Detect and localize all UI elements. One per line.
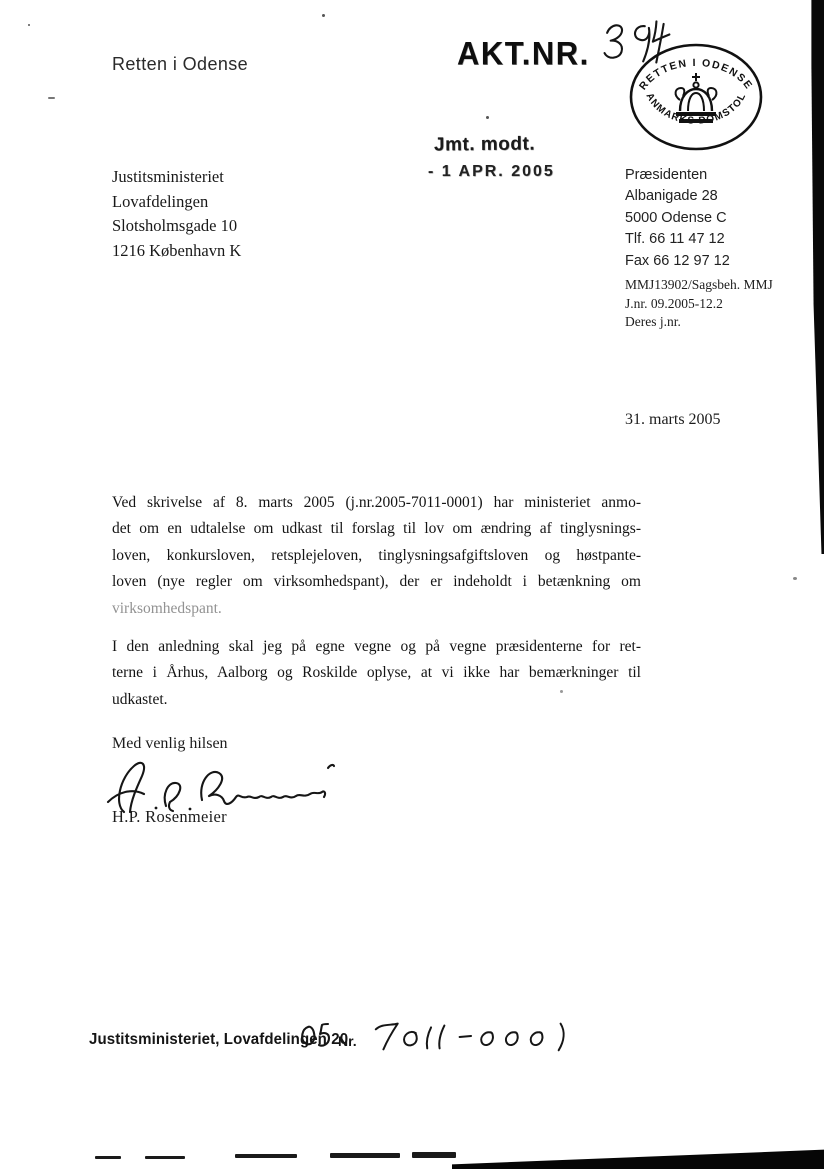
- scan-dash: [235, 1154, 297, 1158]
- footer-number-handwritten: [372, 1017, 572, 1060]
- scan-dash: [412, 1152, 456, 1158]
- body-line: Ved skrivelse af 8. marts 2005 (j.nr.200…: [112, 490, 641, 516]
- sender-contact-block: Præsidenten Albanigade 28 5000 Odense C …: [625, 165, 730, 272]
- recipient-line: Slotsholmsgade 10: [112, 214, 241, 239]
- body-line: terne i Århus, Aalborg og Roskilde oplys…: [112, 660, 641, 686]
- contact-line: Præsidenten: [625, 165, 730, 186]
- closing-salutation: Med venlig hilsen: [112, 735, 228, 753]
- crown-icon: [676, 73, 717, 123]
- scan-edge-artifact-bottom: [452, 1148, 824, 1169]
- sender-name: Retten i Odense: [112, 54, 248, 75]
- received-stamp-line1: Jmt. modt.: [434, 134, 535, 157]
- reference-block: MMJ13902/Sagsbeh. MMJ J.nr. 09.2005-12.2…: [625, 276, 773, 332]
- scan-speck: [48, 97, 55, 99]
- contact-phone: Tlf. 66 11 47 12: [625, 229, 730, 250]
- scanned-letter-page: Retten i Odense AKT.NR. RETTEN I ODENSE …: [0, 0, 824, 1169]
- scan-dash: [330, 1153, 400, 1158]
- body-paragraph-2: I den anledning skal jeg på egne vegne o…: [112, 634, 641, 713]
- recipient-line: Justitsministeriet: [112, 165, 241, 190]
- reference-your-ref: Deres j.nr.: [625, 313, 773, 332]
- footer-nr-label: Nr.: [338, 1033, 357, 1049]
- scan-speck: [322, 14, 325, 17]
- handwritten-05-icon: [297, 1019, 333, 1051]
- received-stamp-date: - 1 APR. 2005: [428, 163, 555, 181]
- body-line: loven, konkursloven, retsplejeloven, tin…: [112, 543, 641, 569]
- reference-case-handler: MMJ13902/Sagsbeh. MMJ: [625, 276, 773, 295]
- scan-speck: [793, 577, 797, 580]
- recipient-line: Lovafdelingen: [112, 190, 241, 215]
- body-line: loven (nye regler om virksomhedspant), d…: [112, 569, 641, 595]
- reference-journal-number: J.nr. 09.2005-12.2: [625, 295, 773, 314]
- contact-line: Albanigade 28: [625, 186, 730, 207]
- recipient-line: 1216 København K: [112, 239, 241, 264]
- scan-edge-artifact-right: [806, 0, 824, 554]
- letter-date: 31. marts 2005: [625, 411, 721, 429]
- handwritten-7011-0001-icon: [372, 1017, 572, 1055]
- body-line: I den anledning skal jeg på egne vegne o…: [112, 634, 641, 660]
- contact-line: 5000 Odense C: [625, 208, 730, 229]
- recipient-address: Justitsministeriet Lovafdelingen Slotsho…: [112, 165, 241, 263]
- akt-nr-stamp: AKT.NR.: [457, 35, 590, 72]
- signer-name: H.P. Rosenmeier: [112, 807, 227, 827]
- scan-speck: [28, 24, 30, 26]
- body-paragraph-1: Ved skrivelse af 8. marts 2005 (j.nr.200…: [112, 490, 641, 622]
- body-line: det om en udtalelse om udkast til forsla…: [112, 516, 641, 542]
- footer-year-handwritten: [297, 1019, 333, 1056]
- scan-speck: [560, 690, 563, 693]
- scan-speck: [486, 116, 489, 119]
- body-line: virksomhedspant.: [112, 596, 641, 622]
- scan-dash: [95, 1156, 121, 1159]
- court-seal: RETTEN I ODENSE DANMARKS DOMSTOLE: [626, 40, 766, 160]
- contact-fax: Fax 66 12 97 12: [625, 251, 730, 272]
- scan-dash: [145, 1156, 185, 1159]
